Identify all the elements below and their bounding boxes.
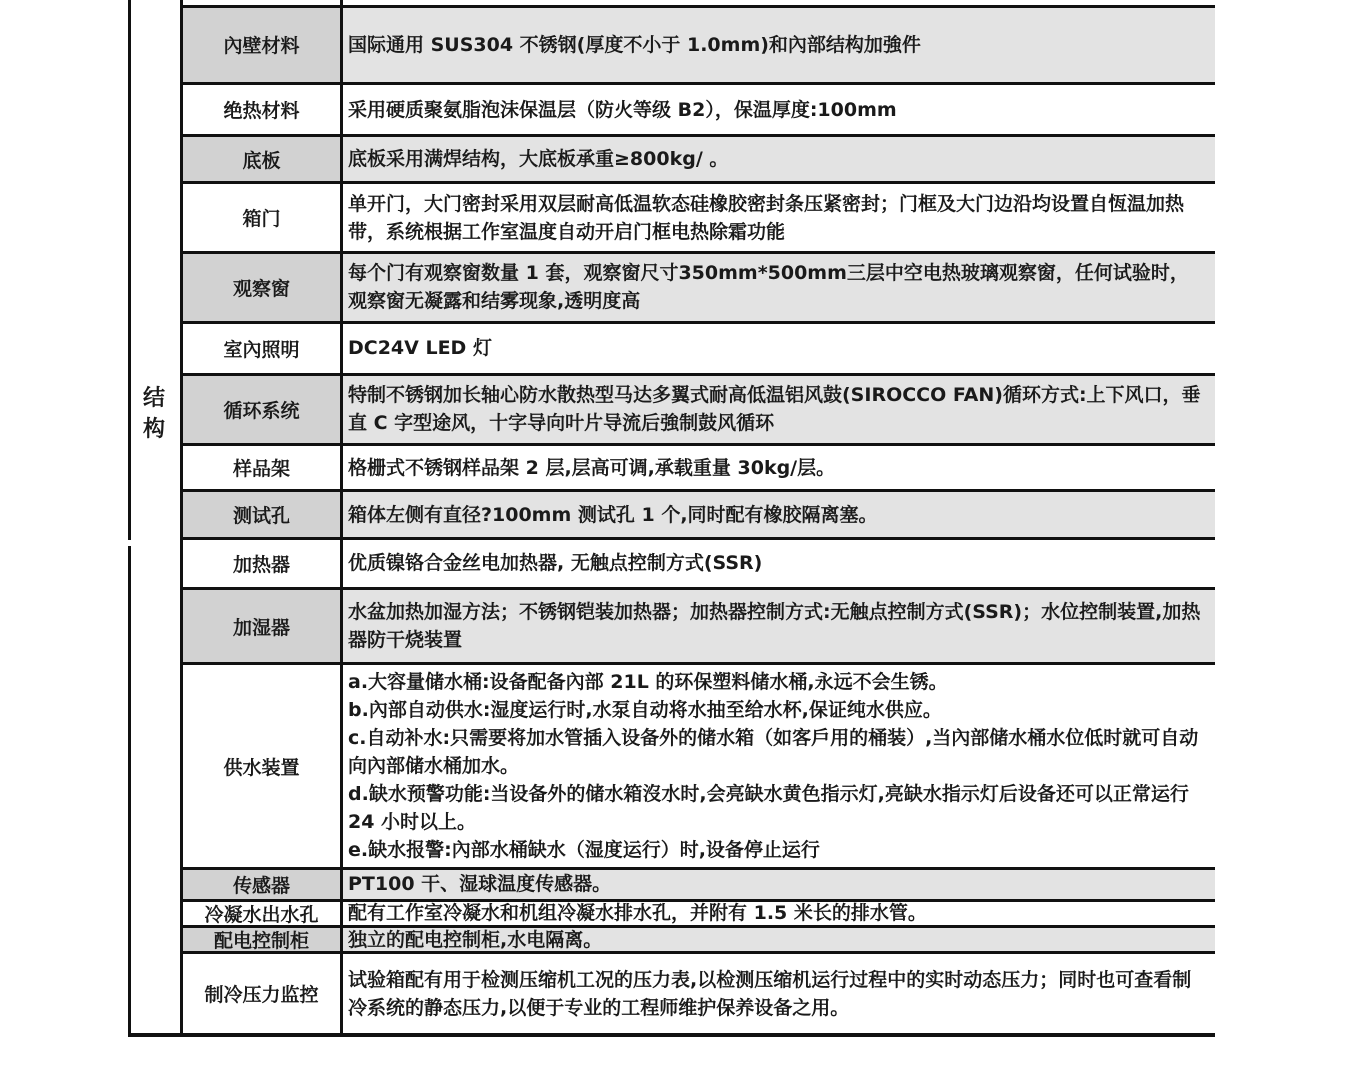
row-label: 供水装置 bbox=[183, 665, 343, 866]
table-row: 观察窗每个门有观察窗数量 1 套，观察窗尺寸350mm*500mm三层中空电热玻… bbox=[183, 254, 1215, 324]
row-label: 室內照明 bbox=[183, 324, 343, 373]
row-label: 冷凝水出水孔 bbox=[183, 902, 343, 926]
row-description: 配有工作室冷凝水和机组冷凝水排水孔，并附有 1.5 米长的排水管。 bbox=[343, 902, 1215, 926]
row-label: 观察窗 bbox=[183, 254, 343, 321]
row-description: 试验箱配有用于检测压缩机工况的压力表,以检测压缩机运行过程中的实时动态压力；同时… bbox=[343, 954, 1215, 1033]
row-description-text: 国际通用 SUS304 不锈钢(厚度不小于 1.0mm)和內部结构加強件 bbox=[348, 31, 921, 59]
row-description: 国际通用 SUS304 不锈钢(厚度不小于 1.0mm)和內部结构加強件 bbox=[343, 8, 1215, 82]
table-row: 加热器优质镍铬合金丝电加热器, 无触点控制方式(SSR) bbox=[183, 540, 1215, 590]
row-description: DC24V LED 灯 bbox=[343, 324, 1215, 373]
table-row: 供水装置a.大容量储水桶:设备配备內部 21L 的环保塑料储水桶,永远不会生锈。… bbox=[183, 665, 1215, 869]
row-label: 测试孔 bbox=[183, 492, 343, 537]
table-row: 循环系统特制不锈钢加长轴心防水散热型马达多翼式耐高低温铝风鼓(SIROCCO F… bbox=[183, 376, 1215, 447]
row-label bbox=[183, 0, 343, 5]
category-structure-label: 结构 bbox=[141, 383, 167, 445]
spec-table: 结构 內壁材料国际通用 SUS304 不锈钢(厚度不小于 1.0mm)和內部结构… bbox=[128, 0, 1215, 1037]
row-description: 单开门，大门密封采用双层耐高低温软态硅橡胶密封条压紧密封；门框及大门边沿均设置自… bbox=[343, 184, 1215, 251]
row-label: 制冷压力监控 bbox=[183, 954, 343, 1033]
document-page: 结构 內壁材料国际通用 SUS304 不锈钢(厚度不小于 1.0mm)和內部结构… bbox=[0, 0, 1360, 1075]
row-description: 优质镍铬合金丝电加热器, 无触点控制方式(SSR) bbox=[343, 540, 1215, 587]
category-cell-structure bbox=[128, 0, 180, 540]
table-row: 测试孔箱体左侧有直径?100mm 测试孔 1 个,同时配有橡胶隔离塞。 bbox=[183, 492, 1215, 540]
row-description-text: 优质镍铬合金丝电加热器, 无触点控制方式(SSR) bbox=[348, 549, 762, 577]
row-description-text: 配有工作室冷凝水和机组冷凝水排水孔，并附有 1.5 米长的排水管。 bbox=[348, 902, 927, 926]
row-description-text: 试验箱配有用于检测压缩机工况的压力表,以检测压缩机运行过程中的实时动态压力；同时… bbox=[348, 966, 1207, 1022]
row-description: 箱体左侧有直径?100mm 测试孔 1 个,同时配有橡胶隔离塞。 bbox=[343, 492, 1215, 537]
row-description-text: 水盆加热加湿方法；不锈钢铠装加热器；加热器控制方式:无触点控制方式(SSR)；水… bbox=[348, 598, 1207, 654]
row-description-text: 每个门有观察窗数量 1 套，观察窗尺寸350mm*500mm三层中空电热玻璃观察… bbox=[348, 259, 1207, 315]
table-row: 室內照明DC24V LED 灯 bbox=[183, 324, 1215, 376]
row-label: 样品架 bbox=[183, 446, 343, 489]
row-label: 箱门 bbox=[183, 184, 343, 251]
row-description bbox=[343, 0, 1215, 5]
row-description-text: 格栅式不锈钢样品架 2 层,层高可调,承载重量 30kg/层。 bbox=[348, 454, 835, 482]
row-label: 加湿器 bbox=[183, 590, 343, 663]
row-label: 配电控制柜 bbox=[183, 928, 343, 951]
category-column: 结构 bbox=[128, 0, 180, 1033]
row-label: 加热器 bbox=[183, 540, 343, 587]
table-row: 加湿器水盆加热加湿方法；不锈钢铠装加热器；加热器控制方式:无触点控制方式(SSR… bbox=[183, 590, 1215, 666]
row-label: 底板 bbox=[183, 137, 343, 181]
row-description-text: 采用硬质聚氨脂泡沫保温层（防火等级 B2），保温厚度:100mm bbox=[348, 96, 897, 124]
table-row: 制冷压力监控试验箱配有用于检测压缩机工况的压力表,以检测压缩机运行过程中的实时动… bbox=[183, 954, 1215, 1033]
row-description: 采用硬质聚氨脂泡沫保温层（防火等级 B2），保温厚度:100mm bbox=[343, 85, 1215, 135]
row-description: a.大容量储水桶:设备配备內部 21L 的环保塑料储水桶,永远不会生锈。 b.內… bbox=[343, 665, 1215, 866]
row-description-text: 独立的配电控制柜,水电隔离。 bbox=[348, 928, 602, 951]
table-row: 绝热材料采用硬质聚氨脂泡沫保温层（防火等级 B2），保温厚度:100mm bbox=[183, 85, 1215, 138]
row-description-text: DC24V LED 灯 bbox=[348, 334, 492, 362]
table-row: 內壁材料国际通用 SUS304 不锈钢(厚度不小于 1.0mm)和內部结构加強件 bbox=[183, 8, 1215, 85]
table-rows: 內壁材料国际通用 SUS304 不锈钢(厚度不小于 1.0mm)和內部结构加強件… bbox=[180, 0, 1215, 1033]
row-description-text: 特制不锈钢加长轴心防水散热型马达多翼式耐高低温铝风鼓(SIROCCO FAN)循… bbox=[348, 381, 1207, 437]
table-row bbox=[183, 0, 1215, 8]
row-description: PT100 干、湿球温度传感器。 bbox=[343, 870, 1215, 899]
row-description: 独立的配电控制柜,水电隔离。 bbox=[343, 928, 1215, 951]
row-label: 循环系统 bbox=[183, 376, 343, 444]
table-row: 底板底板采用满焊结构，大底板承重≥800kg/ 。 bbox=[183, 137, 1215, 184]
table-row: 样品架格栅式不锈钢样品架 2 层,层高可调,承载重量 30kg/层。 bbox=[183, 446, 1215, 492]
row-description-text: 底板采用满焊结构，大底板承重≥800kg/ 。 bbox=[348, 145, 728, 173]
row-label: 传感器 bbox=[183, 870, 343, 899]
row-label: 內壁材料 bbox=[183, 8, 343, 82]
row-description-text: PT100 干、湿球温度传感器。 bbox=[348, 870, 611, 898]
row-description-text: a.大容量储水桶:设备配备內部 21L 的环保塑料储水桶,永远不会生锈。 b.內… bbox=[348, 668, 1207, 864]
row-description: 水盆加热加湿方法；不锈钢铠装加热器；加热器控制方式:无触点控制方式(SSR)；水… bbox=[343, 590, 1215, 663]
row-description: 特制不锈钢加长轴心防水散热型马达多翼式耐高低温铝风鼓(SIROCCO FAN)循… bbox=[343, 376, 1215, 444]
row-description: 每个门有观察窗数量 1 套，观察窗尺寸350mm*500mm三层中空电热玻璃观察… bbox=[343, 254, 1215, 321]
row-description-text: 单开门，大门密封采用双层耐高低温软态硅橡胶密封条压紧密封；门框及大门边沿均设置自… bbox=[348, 190, 1207, 246]
row-description-text: 箱体左侧有直径?100mm 测试孔 1 个,同时配有橡胶隔离塞。 bbox=[348, 501, 878, 529]
row-description: 底板采用满焊结构，大底板承重≥800kg/ 。 bbox=[343, 137, 1215, 181]
table-row: 箱门单开门，大门密封采用双层耐高低温软态硅橡胶密封条压紧密封；门框及大门边沿均设… bbox=[183, 184, 1215, 254]
row-label: 绝热材料 bbox=[183, 85, 343, 135]
table-row: 传感器PT100 干、湿球温度传感器。 bbox=[183, 870, 1215, 902]
category-cell-lower bbox=[128, 546, 180, 1037]
table-row: 配电控制柜独立的配电控制柜,水电隔离。 bbox=[183, 928, 1215, 954]
table-row: 冷凝水出水孔配有工作室冷凝水和机组冷凝水排水孔，并附有 1.5 米长的排水管。 bbox=[183, 902, 1215, 929]
row-description: 格栅式不锈钢样品架 2 层,层高可调,承载重量 30kg/层。 bbox=[343, 446, 1215, 489]
